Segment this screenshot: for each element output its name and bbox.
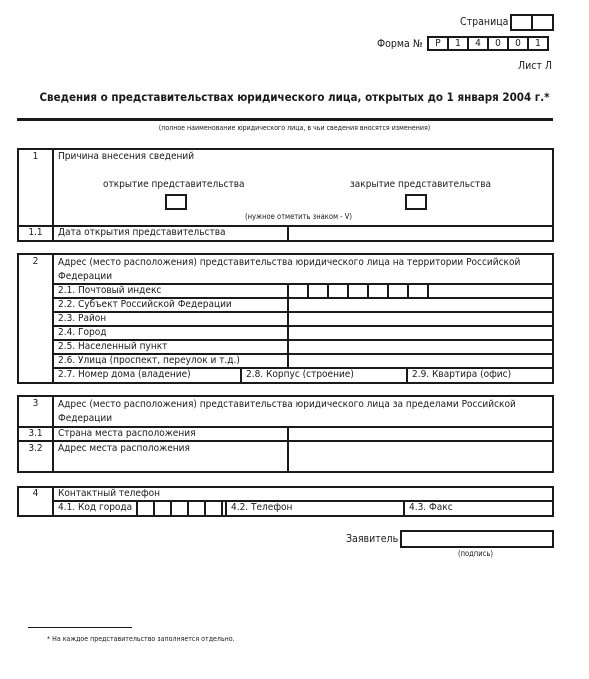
foreign-address-label: Адрес места расположения	[58, 443, 190, 454]
locality-label: 2.5. Населенный пункт	[58, 341, 167, 352]
option-open-checkbox[interactable]	[165, 194, 187, 210]
opening-date-input[interactable]	[287, 225, 554, 242]
legal-entity-name-caption: (полное наименование юридического лица, …	[0, 124, 589, 132]
postal-code-label: 2.1. Почтовый индекс	[58, 285, 161, 296]
row-3-2-number: 3.2	[17, 443, 54, 454]
row-1-1-number: 1.1	[17, 227, 54, 238]
area-code-label: 4.1. Код города	[58, 502, 132, 513]
document-title: Сведения о представительствах юридическо…	[0, 90, 589, 104]
section-4-heading: Контактный телефон	[58, 488, 160, 499]
form-number-char: 4	[467, 36, 489, 51]
sheet-label: Лист Л	[518, 60, 552, 72]
house-number-label: 2.7. Номер дома (владение)	[58, 369, 191, 380]
form-number-char: 1	[447, 36, 469, 51]
section-3-heading: Адрес (место расположения) представитель…	[58, 398, 528, 426]
district-label: 2.3. Район	[58, 313, 106, 324]
checkbox-hint: (нужное отметить знаком - V)	[245, 212, 352, 221]
page-number-field[interactable]	[510, 14, 554, 31]
form-number-char: 0	[487, 36, 509, 51]
row-1-1-label: Дата открытия представительства	[58, 227, 226, 238]
form-number-char: 1	[527, 36, 549, 51]
phone-label: 4.2. Телефон	[231, 502, 292, 513]
form-number-char: Р	[427, 36, 449, 51]
signature-caption: (подпись)	[458, 549, 493, 558]
region-label: 2.2. Субъект Российской Федерации	[58, 299, 232, 310]
building-label: 2.8. Корпус (строение)	[246, 369, 354, 380]
option-close-checkbox[interactable]	[405, 194, 427, 210]
page-number-digit[interactable]	[510, 14, 533, 31]
footnote: * На каждое представительство заполняетс…	[47, 635, 235, 643]
city-label: 2.4. Город	[58, 327, 106, 338]
section-3-number: 3	[17, 398, 54, 409]
signature-input[interactable]	[400, 530, 554, 548]
country-label: Страна места расположения	[58, 428, 195, 439]
section-2-number-cell	[17, 253, 54, 384]
form-number-field: Р 1 4 0 0 1	[427, 36, 549, 51]
applicant-label: Заявитель	[346, 533, 398, 545]
row-3-1-number: 3.1	[17, 428, 54, 439]
section-1-heading: Причина внесения сведений	[58, 151, 194, 162]
legal-entity-name-line[interactable]	[17, 118, 553, 121]
section-4-number: 4	[17, 488, 54, 499]
section-2-heading: Адрес (место расположения) представитель…	[58, 256, 528, 284]
page-number-digit[interactable]	[531, 14, 554, 31]
form-number-char: 0	[507, 36, 529, 51]
footnote-rule	[28, 627, 132, 628]
section-1-number: 1	[17, 151, 54, 162]
section-2-number: 2	[17, 256, 54, 267]
option-open-label: открытие представительства	[103, 179, 245, 190]
street-label: 2.6. Улица (проспект, переулок и т.д.)	[58, 355, 240, 366]
form-number-label: Форма №	[377, 38, 423, 50]
apartment-label: 2.9. Квартира (офис)	[412, 369, 511, 380]
foreign-address-input[interactable]	[287, 440, 554, 473]
fax-label: 4.3. Факс	[409, 502, 453, 513]
page-label: Страница	[460, 16, 508, 28]
option-close-label: закрытие представительства	[350, 179, 491, 190]
